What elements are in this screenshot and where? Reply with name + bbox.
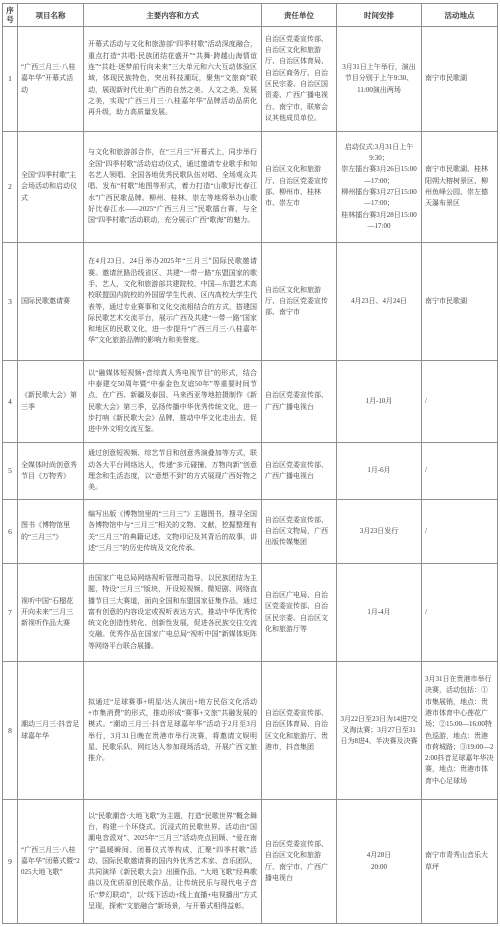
cell-time: 1月-10月 — [337, 361, 422, 443]
cell-time: 1月-4月 — [337, 564, 422, 662]
table-row: 6 图书《博物馆里的“三月三”》 编写出版《博物馆里的“三月三”》主题图书，搜寻… — [3, 500, 498, 564]
document-sheet: 序号 项目名称 主要内容和方式 责任单位 时间安排 活动地点 1 “广西三月三·… — [0, 0, 500, 927]
cell-place: / — [422, 500, 498, 564]
cell-project-name: 视听中国“石榴花开向未来”三月三新视听作品大赛 — [18, 564, 84, 662]
cell-content: 与文化和旅游部合作，在“三月三”开幕式上，同步举行全国“四季村歌”活动启动仪式，… — [84, 132, 262, 243]
cell-content: 由国家广电总局网络视听管理司指导，以民族团结为主题，特设“三月三”版块，开设短视… — [84, 564, 262, 662]
cell-unit: 自治区文化和旅游厅、自治区党委宣传部、南宁市 — [262, 243, 337, 361]
header-unit: 责任单位 — [262, 4, 337, 27]
header-time: 时间安排 — [337, 4, 422, 27]
cell-unit: 自治区党委宣传部、自治区文化和旅游厅、南宁市、广西广播电视台 — [262, 800, 337, 924]
table-row: 3 国际民歌邀请赛 在4月23日、24日举办2025年“三月三”国际民歌邀请赛。… — [3, 243, 498, 361]
cell-place: / — [422, 361, 498, 443]
table-row: 8 潮动三月三·抖音足球嘉年华 拟通过“足球赛事+明星/达人演出+地方民俗文化活… — [3, 662, 498, 800]
cell-project-name: 国际民歌邀请赛 — [18, 243, 84, 361]
cell-project-name: 图书《博物馆里的“三月三”》 — [18, 500, 84, 564]
table-row: 4 《新民歌大会》第三季 以“融媒体短视频+音综真人秀电视节目”的形式，结合中泰… — [3, 361, 498, 443]
cell-place: 南宁市民歌湖 — [422, 27, 498, 132]
cell-unit: 自治区党委宣传部、自治区文物局，广西出版传媒集团 — [262, 500, 337, 564]
cell-seq: 8 — [3, 662, 18, 800]
cell-unit: 自治区文化和旅游厅、自治区党委宣传部、柳州市、桂林市、崇左市 — [262, 132, 337, 243]
header-place: 活动地点 — [422, 4, 498, 27]
cell-unit: 自治区广电局、自治区党委宣传部、自治区民宗委、自治区文化和旅游厅等 — [262, 564, 337, 662]
cell-content: 通过创意短视频、综艺节目和创意秀演叠加等方式，联动各大平台网络达人，传递“多元碰… — [84, 443, 262, 500]
cell-time: 3月22日至23日为14进7交叉淘汰赛；3月27日至31日为8进4、半决赛及决赛 — [337, 662, 422, 800]
schedule-table: 序号 项目名称 主要内容和方式 责任单位 时间安排 活动地点 1 “广西三月三·… — [2, 3, 498, 924]
cell-place: 3月31日在贵港市举行决赛，活动包括：①市集展销，地点：贵港市体育中心莲花广场；… — [422, 662, 498, 800]
cell-seq: 3 — [3, 243, 18, 361]
cell-project-name: “广西三月三·八桂嘉年华”闭幕式暨“2025大地飞歌” — [18, 800, 84, 924]
cell-seq: 1 — [3, 27, 18, 132]
cell-content: 拟通过“足球赛事+明星/达人演出+地方民俗文化活动+市集消费”的形式，推动形成“… — [84, 662, 262, 800]
cell-time: 启动仪式:3月31日上午9:30； 崇左擂台赛3月26日15:00—17:00；… — [337, 132, 422, 243]
cell-project-name: 《新民歌大会》第三季 — [18, 361, 84, 443]
cell-content: 在4月23日、24日举办2025年“三月三”国际民歌邀请赛。邀请丝路沿线省区、共… — [84, 243, 262, 361]
header-seq: 序号 — [3, 4, 18, 27]
cell-seq: 7 — [3, 564, 18, 662]
cell-content: 以“民歌潮音·大地飞歌”为主题，打造“民歌世界”概念舞台，构建一个环绕式、沉浸式… — [84, 800, 262, 924]
cell-unit: 自治区党委宣传部、自治区体育局、自治区文化和旅游厅、贵港市，抖音集团 — [262, 662, 337, 800]
cell-place: 南宁市青秀山音乐大草坪 — [422, 800, 498, 924]
cell-unit: 自治区党委宣传部、广西广播电视台 — [262, 443, 337, 500]
cell-content: 开幕式活动与文化和旅游部“四季村歌”活动深度融合，重点打造“共唱·民族团结花盛开… — [84, 27, 262, 132]
cell-project-name: 全国“四季村歌”主会场活动和启动仪式 — [18, 132, 84, 243]
cell-time: 1月-6月 — [337, 443, 422, 500]
table-row: 9 “广西三月三·八桂嘉年华”闭幕式暨“2025大地飞歌” 以“民歌潮音·大地飞… — [3, 800, 498, 924]
cell-seq: 4 — [3, 361, 18, 443]
cell-time: 4月23日、4月24日 — [337, 243, 422, 361]
cell-unit: 自治区党委宣传部、广西广播电视台 — [262, 361, 337, 443]
cell-project-name: “广西三月三·八桂嘉年华”开幕式活动 — [18, 27, 84, 132]
table-row: 2 全国“四季村歌”主会场活动和启动仪式 与文化和旅游部合作，在“三月三”开幕式… — [3, 132, 498, 243]
cell-place: 南宁市民歌湖 — [422, 243, 498, 361]
cell-project-name: 潮动三月三·抖音足球嘉年华 — [18, 662, 84, 800]
cell-place: / — [422, 443, 498, 500]
cell-project-name: 全媒体时尚创意秀节目《万物秀》 — [18, 443, 84, 500]
cell-seq: 9 — [3, 800, 18, 924]
cell-time: 3月23日发行 — [337, 500, 422, 564]
cell-place: 南宁市民歌湖、桂林阳朔大榕树景区、柳州鱼峰公园、崇左德天瀑布景区 — [422, 132, 498, 243]
cell-seq: 5 — [3, 443, 18, 500]
cell-place: / — [422, 564, 498, 662]
header-content: 主要内容和方式 — [84, 4, 262, 27]
table-row: 7 视听中国“石榴花开向未来”三月三新视听作品大赛 由国家广电总局网络视听管理司… — [3, 564, 498, 662]
cell-unit: 自治区党委宣传部、自治区文化和旅游厅、自治区体育局、自治区商务厅、自治区民宗委、… — [262, 27, 337, 132]
table-row: 1 “广西三月三·八桂嘉年华”开幕式活动 开幕式活动与文化和旅游部“四季村歌”活… — [3, 27, 498, 132]
cell-time: 4月28日 20:00 — [337, 800, 422, 924]
cell-seq: 2 — [3, 132, 18, 243]
cell-content: 以“融媒体短视频+音综真人秀电视节目”的形式，结合中泰建交50周年暨“中泰金色友… — [84, 361, 262, 443]
header-row: 序号 项目名称 主要内容和方式 责任单位 时间安排 活动地点 — [3, 4, 498, 27]
header-project-name: 项目名称 — [18, 4, 84, 27]
cell-content: 编写出版《博物馆里的“三月三”》主题图书，搜寻全国各博物馆中与“三月三”相关的文… — [84, 500, 262, 564]
cell-time: 3月31日上午举行，演出节目分别于上午9:30、11:00演出两场 — [337, 27, 422, 132]
table-row: 5 全媒体时尚创意秀节目《万物秀》 通过创意短视频、综艺节目和创意秀演叠加等方式… — [3, 443, 498, 500]
cell-seq: 6 — [3, 500, 18, 564]
